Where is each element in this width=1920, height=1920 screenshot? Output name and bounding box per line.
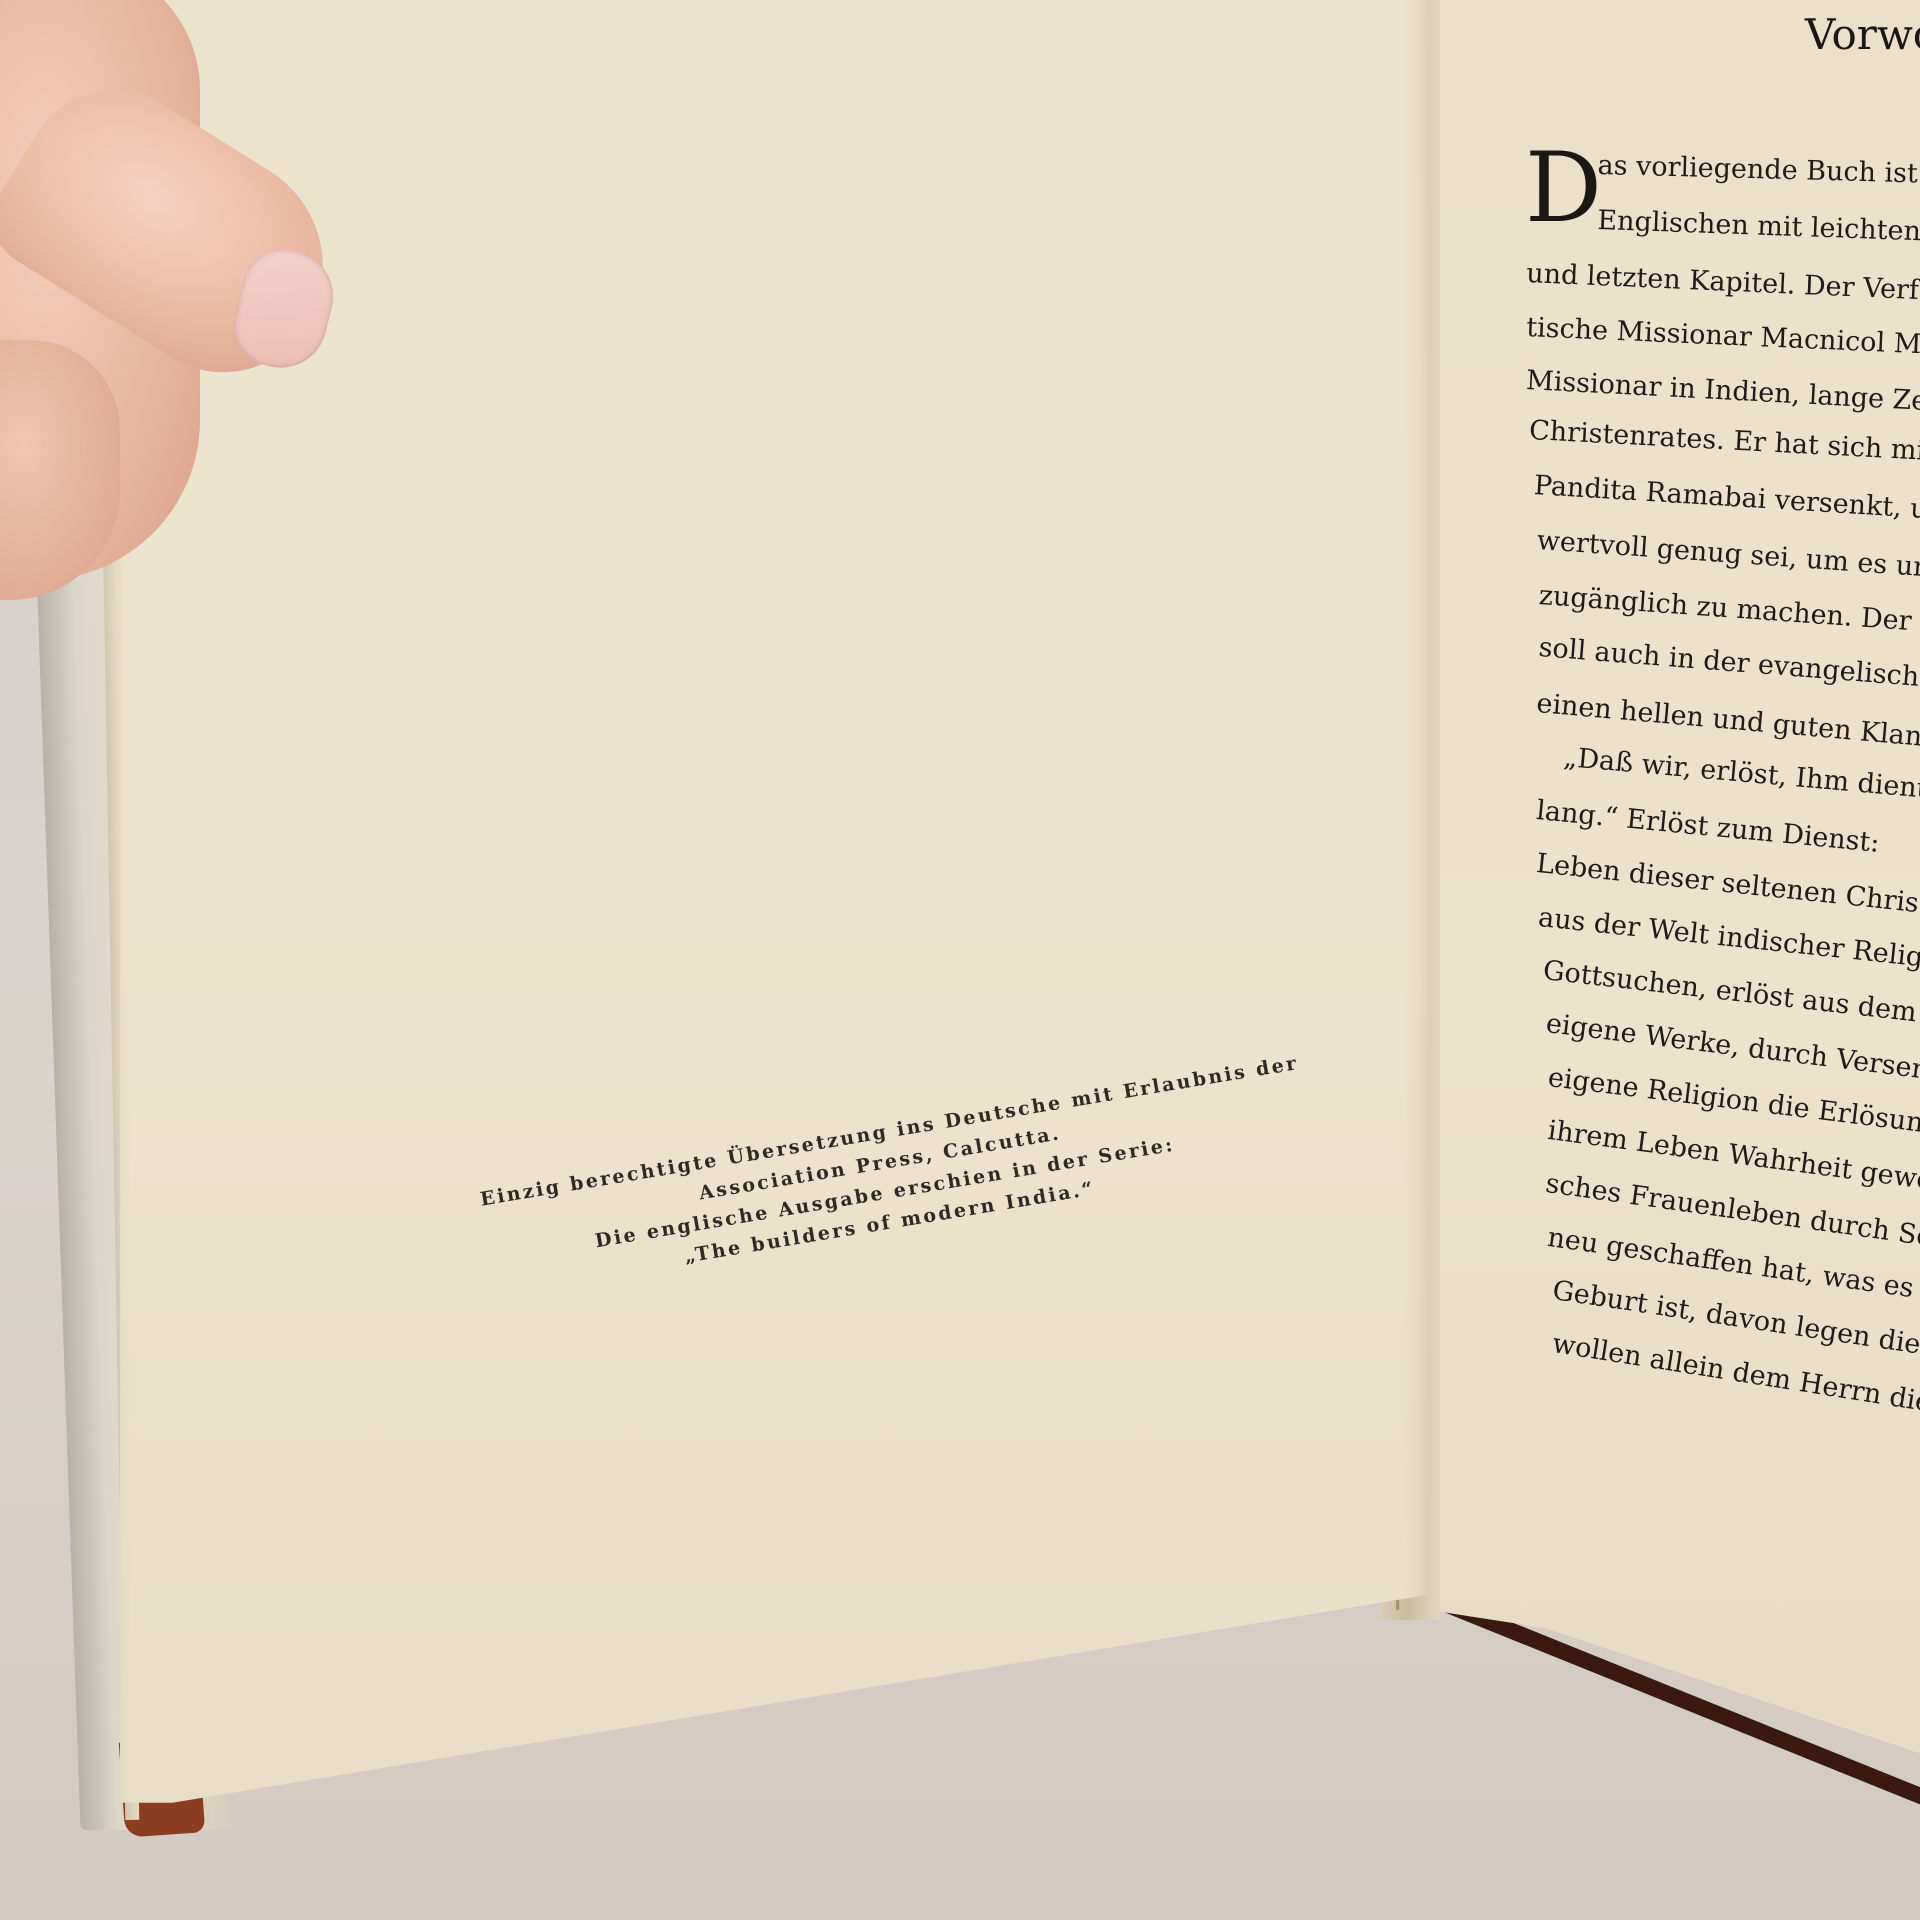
text-line: soll auch in der evangelischen Ch [1538,632,1920,699]
text-line: und letzten Kapitel. Der Verfasse [1526,258,1920,309]
text-line: Englischen mit leichten Ü [1597,205,1920,248]
text-line: lang.“ Erlöst zum Dienst: [1535,795,1881,859]
text-line: Christenrates. Er hat sich mit v [1528,415,1920,469]
text-line: „Daß wir, erlöst, Ihm dienten [1562,742,1920,808]
text-line: zugänglich zu machen. Der Na [1538,580,1920,640]
text-line: wertvoll genug sei, um es un [1536,525,1920,583]
text-line: as vorliegende Buch ist [1597,150,1918,189]
text-line: tische Missionar Macnicol M. A., [1526,312,1920,363]
text-line: Missionar in Indien, lange Zeit [1525,365,1920,418]
book-photo: I I S L S S S G G I A E E I Einzig berec… [0,0,1920,1920]
text-line: Pandita Ramabai versenkt, und [1533,470,1920,527]
